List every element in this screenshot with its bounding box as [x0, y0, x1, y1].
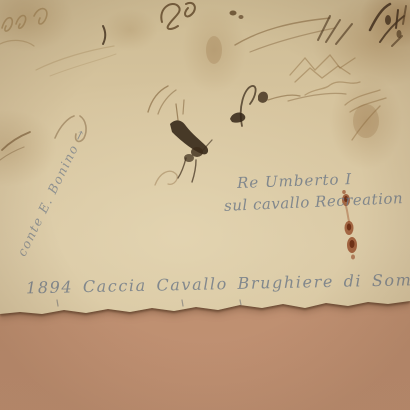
ink-stroke [16, 16, 26, 29]
stain-blob [342, 190, 346, 194]
ink-stroke [161, 4, 179, 29]
ink-blob [397, 30, 402, 38]
ink-stroke [2, 18, 12, 31]
sketch-rider-figure [148, 86, 212, 185]
sketch-strokes-top-right [318, 4, 406, 46]
rider-body [170, 120, 208, 154]
ink-stroke [0, 40, 34, 46]
ink-stroke [176, 104, 178, 120]
ink-stroke [55, 116, 74, 138]
ink-stroke [326, 20, 340, 42]
ink-stroke [392, 36, 402, 46]
pencil-tick [182, 300, 183, 306]
stain-trail [346, 206, 349, 221]
ink-stroke [290, 55, 355, 75]
smudge [206, 36, 222, 64]
stain-blob [344, 196, 348, 202]
stain-blob [351, 255, 355, 260]
edge-ticks [57, 300, 241, 306]
rider-leg [192, 160, 196, 182]
ink-sketch-layer [0, 0, 410, 410]
artwork-photo: conte E. Bonino → Re Umberto I sul caval… [0, 0, 410, 410]
ink-blob [239, 15, 244, 19]
ink-blob [385, 15, 391, 25]
pencil-tick [57, 300, 58, 306]
stain-blob [347, 224, 351, 231]
ink-stroke [336, 24, 352, 44]
ink-stroke [36, 46, 114, 70]
pencil-tick [240, 300, 241, 305]
ink-stroke [34, 9, 47, 24]
ink-blob [230, 11, 237, 16]
ink-stroke [50, 54, 116, 76]
stain-marks [342, 190, 357, 260]
paper-sheet-wrapper: conte E. Bonino → Re Umberto I sul caval… [0, 0, 410, 410]
ink-stroke [158, 90, 176, 114]
ink-stroke [345, 90, 380, 105]
ink-stroke [396, 10, 398, 28]
ink-stroke [403, 6, 406, 24]
ink-stroke [2, 132, 30, 150]
ink-blob [230, 112, 245, 122]
ink-stroke [103, 26, 105, 44]
sketch-loops-center [230, 86, 346, 126]
ink-stroke [288, 93, 346, 101]
ink-stroke [183, 100, 184, 114]
stain-blob [350, 240, 355, 248]
sketch-flourishes-top-left [0, 9, 116, 76]
ink-stroke [76, 116, 86, 141]
aged-paper-sheet: conte E. Bonino → Re Umberto I sul caval… [0, 0, 410, 410]
rider-leg [178, 158, 186, 178]
ink-stroke [148, 86, 168, 112]
ink-blob [258, 92, 268, 103]
ink-stroke [295, 66, 350, 82]
ink-stroke [185, 3, 195, 17]
sketch-strokes-left [0, 116, 86, 160]
sketch-scribbles-right [206, 36, 386, 140]
ink-stroke [155, 171, 177, 185]
